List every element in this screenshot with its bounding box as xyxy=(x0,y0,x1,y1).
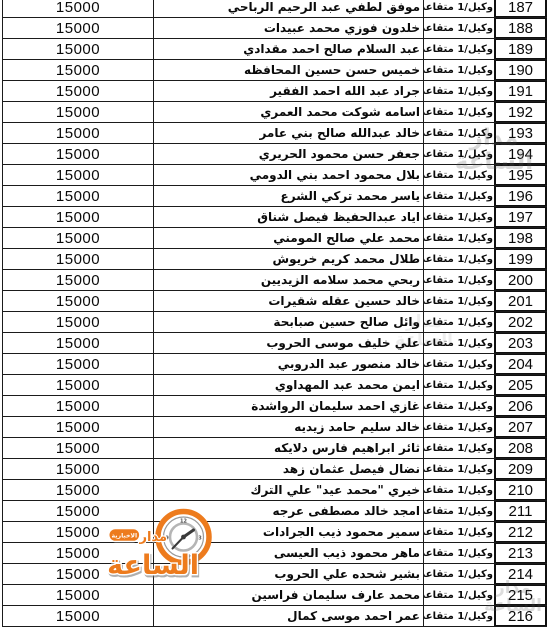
rank-cell: وكيل/1 متقاعد xyxy=(423,375,494,395)
table-row: 15000 ايمن محمد عبد المهداوي وكيل/1 متقا… xyxy=(2,375,547,396)
name-cell: امجد خالد مصطفى عرجه xyxy=(153,501,423,521)
row-number-cell: 213 xyxy=(494,543,547,563)
amount-cell: 15000 xyxy=(2,123,153,143)
name-cell: محمد عارف سليمان فراسين xyxy=(153,585,423,605)
name-cell: عمر احمد موسى كمال xyxy=(153,606,423,626)
row-number-cell: 199 xyxy=(494,249,547,269)
rank-cell: وكيل/1 متقاعد xyxy=(423,459,494,479)
amount-cell: 15000 xyxy=(2,459,153,479)
table-row: 15000 جعفر حسن محمود الحريري وكيل/1 متقا… xyxy=(2,144,547,165)
row-number-cell: 196 xyxy=(494,186,547,206)
name-cell: خالد سليم حامد زيديه xyxy=(153,417,423,437)
table-row: 15000 خالد سليم حامد زيديه وكيل/1 متقاعد… xyxy=(2,417,547,438)
row-number-cell: 191 xyxy=(494,81,547,101)
name-cell: جعفر حسن محمود الحريري xyxy=(153,144,423,164)
rank-cell: وكيل/1 متقاعد xyxy=(423,18,494,38)
amount-cell: 15000 xyxy=(2,165,153,185)
rank-cell: وكيل/1 متقاعد xyxy=(423,417,494,437)
table-row: 15000 محمد علي صالح المومني وكيل/1 متقاع… xyxy=(2,228,547,249)
amount-cell: 15000 xyxy=(2,102,153,122)
table-row: 15000 عبد السلام صالح احمد مقدادي وكيل/1… xyxy=(2,39,547,60)
rank-cell: وكيل/1 متقاعد xyxy=(423,480,494,500)
name-cell: موفق لطفي عبد الرحيم الرباحي xyxy=(153,0,423,17)
row-number-cell: 194 xyxy=(494,144,547,164)
table-row: 15000 غازي احمد سليمان الرواشدة وكيل/1 م… xyxy=(2,396,547,417)
rank-cell: وكيل/1 متقاعد xyxy=(423,438,494,458)
name-cell: بشير شحده علي الحروب xyxy=(153,564,423,584)
name-cell: ربحي محمد سلامه الزيديين xyxy=(153,270,423,290)
name-cell: خالد عبدالله صالح بني عامر xyxy=(153,123,423,143)
rank-cell: وكيل/1 متقاعد xyxy=(423,543,494,563)
amount-cell: 15000 xyxy=(2,144,153,164)
rank-cell: وكيل/1 متقاعد xyxy=(423,165,494,185)
amount-cell: 15000 xyxy=(2,312,153,332)
name-cell: ياسر محمد تركي الشرع xyxy=(153,186,423,206)
row-number-cell: 205 xyxy=(494,375,547,395)
row-number-cell: 206 xyxy=(494,396,547,416)
row-number-cell: 211 xyxy=(494,501,547,521)
name-cell: ايمن محمد عبد المهداوي xyxy=(153,375,423,395)
name-cell: خالد حسين عقله شقيرات xyxy=(153,291,423,311)
name-cell: علي خليف موسى الحروب xyxy=(153,333,423,353)
name-cell: سمير محمود ذيب الجرادات xyxy=(153,522,423,542)
rank-cell: وكيل/1 متقاعد xyxy=(423,144,494,164)
amount-cell: 15000 xyxy=(2,207,153,227)
row-number-cell: 201 xyxy=(494,291,547,311)
row-number-cell: 188 xyxy=(494,18,547,38)
name-cell: محمد علي صالح المومني xyxy=(153,228,423,248)
name-cell: ماهر محمود ذيب العيسى xyxy=(153,543,423,563)
name-cell: عبد السلام صالح احمد مقدادي xyxy=(153,39,423,59)
name-cell: بلال محمود احمد بني الدومي xyxy=(153,165,423,185)
row-number-cell: 198 xyxy=(494,228,547,248)
rank-cell: وكيل/1 متقاعد xyxy=(423,333,494,353)
row-number-cell: 209 xyxy=(494,459,547,479)
amount-cell: 15000 xyxy=(2,228,153,248)
row-number-cell: 204 xyxy=(494,354,547,374)
row-number-cell: 208 xyxy=(494,438,547,458)
table-row: 15000 ياسر محمد تركي الشرع وكيل/1 متقاعد… xyxy=(2,186,547,207)
rank-cell: وكيل/1 متقاعد xyxy=(423,60,494,80)
row-number-cell: 214 xyxy=(494,564,547,584)
amount-cell: 15000 xyxy=(2,333,153,353)
table-row: 15000 عمر احمد موسى كمال وكيل/1 متقاعد 2… xyxy=(2,606,547,627)
rank-cell: وكيل/1 متقاعد xyxy=(423,564,494,584)
row-number-cell: 212 xyxy=(494,522,547,542)
name-cell: ثائر ابراهيم فارس دلايكه xyxy=(153,438,423,458)
table-row: 15000 امجد خالد مصطفى عرجه وكيل/1 متقاعد… xyxy=(2,501,547,522)
amount-cell: 15000 xyxy=(2,270,153,290)
table-row: 15000 خالد حسين عقله شقيرات وكيل/1 متقاع… xyxy=(2,291,547,312)
amount-cell: 15000 xyxy=(2,60,153,80)
amount-cell: 15000 xyxy=(2,543,153,563)
rank-cell: وكيل/1 متقاعد xyxy=(423,312,494,332)
table-row: 15000 اياد عبدالحفيظ فيصل شناق وكيل/1 مت… xyxy=(2,207,547,228)
name-cell: نضال فيصل عثمان زهد xyxy=(153,459,423,479)
table-row: 15000 خلدون فوزي محمد عبيدات وكيل/1 متقا… xyxy=(2,18,547,39)
name-cell: طلال محمد كريم خريوش xyxy=(153,249,423,269)
table-row: 15000 خالد عبدالله صالح بني عامر وكيل/1 … xyxy=(2,123,547,144)
rank-cell: وكيل/1 متقاعد xyxy=(423,354,494,374)
amount-cell: 15000 xyxy=(2,417,153,437)
name-cell: غازي احمد سليمان الرواشدة xyxy=(153,396,423,416)
name-cell: خالد منصور عبد الدروبي xyxy=(153,354,423,374)
name-cell: خلدون فوزي محمد عبيدات xyxy=(153,18,423,38)
amount-cell: 15000 xyxy=(2,564,153,584)
row-number-cell: 197 xyxy=(494,207,547,227)
amount-cell: 15000 xyxy=(2,186,153,206)
amount-cell: 15000 xyxy=(2,18,153,38)
table-row: 15000 جراد عبد الله احمد الفقير وكيل/1 م… xyxy=(2,81,547,102)
row-number-cell: 203 xyxy=(494,333,547,353)
row-number-cell: 195 xyxy=(494,165,547,185)
table-row: 15000 ثائر ابراهيم فارس دلايكه وكيل/1 مت… xyxy=(2,438,547,459)
rank-cell: وكيل/1 متقاعد xyxy=(423,81,494,101)
amount-cell: 15000 xyxy=(2,438,153,458)
name-cell: جراد عبد الله احمد الفقير xyxy=(153,81,423,101)
rank-cell: وكيل/1 متقاعد xyxy=(423,39,494,59)
amount-cell: 15000 xyxy=(2,396,153,416)
rank-cell: وكيل/1 متقاعد xyxy=(423,186,494,206)
name-cell: اسامه شوكت محمد العمري xyxy=(153,102,423,122)
amount-cell: 15000 xyxy=(2,480,153,500)
amount-cell: 15000 xyxy=(2,39,153,59)
table-row: 15000 اسامه شوكت محمد العمري وكيل/1 متقا… xyxy=(2,102,547,123)
table-row: 15000 محمد عارف سليمان فراسين وكيل/1 متق… xyxy=(2,585,547,606)
rank-cell: وكيل/1 متقاعد xyxy=(423,396,494,416)
table-row: 15000 سمير محمود ذيب الجرادات وكيل/1 متق… xyxy=(2,522,547,543)
table-row: 15000 خيري "محمد عيد" علي الترك وكيل/1 م… xyxy=(2,480,547,501)
rank-cell: وكيل/1 متقاعد xyxy=(423,249,494,269)
name-cell: وائل صالح حسين صبابحة xyxy=(153,312,423,332)
name-cell: خميس حسن حسين المحافظه xyxy=(153,60,423,80)
row-number-cell: 193 xyxy=(494,123,547,143)
rank-cell: وكيل/1 متقاعد xyxy=(423,291,494,311)
table-row: 15000 موفق لطفي عبد الرحيم الرباحي وكيل/… xyxy=(2,0,547,18)
rank-cell: وكيل/1 متقاعد xyxy=(423,0,494,17)
rank-cell: وكيل/1 متقاعد xyxy=(423,270,494,290)
row-number-cell: 189 xyxy=(494,39,547,59)
amount-cell: 15000 xyxy=(2,585,153,605)
pension-table: 15000 موفق لطفي عبد الرحيم الرباحي وكيل/… xyxy=(2,0,547,627)
name-cell: خيري "محمد عيد" علي الترك xyxy=(153,480,423,500)
rank-cell: وكيل/1 متقاعد xyxy=(423,522,494,542)
row-number-cell: 200 xyxy=(494,270,547,290)
amount-cell: 15000 xyxy=(2,81,153,101)
row-number-cell: 192 xyxy=(494,102,547,122)
amount-cell: 15000 xyxy=(2,501,153,521)
amount-cell: 15000 xyxy=(2,606,153,626)
table-row: 15000 طلال محمد كريم خريوش وكيل/1 متقاعد… xyxy=(2,249,547,270)
rank-cell: وكيل/1 متقاعد xyxy=(423,501,494,521)
amount-cell: 15000 xyxy=(2,375,153,395)
table-row: 15000 نضال فيصل عثمان زهد وكيل/1 متقاعد … xyxy=(2,459,547,480)
amount-cell: 15000 xyxy=(2,522,153,542)
row-number-cell: 216 xyxy=(494,606,547,626)
name-cell: اياد عبدالحفيظ فيصل شناق xyxy=(153,207,423,227)
row-number-cell: 215 xyxy=(494,585,547,605)
table-row: 15000 خالد منصور عبد الدروبي وكيل/1 متقا… xyxy=(2,354,547,375)
row-number-cell: 207 xyxy=(494,417,547,437)
table-row: 15000 خميس حسن حسين المحافظه وكيل/1 متقا… xyxy=(2,60,547,81)
table-row: 15000 وائل صالح حسين صبابحة وكيل/1 متقاع… xyxy=(2,312,547,333)
table-row: 15000 ماهر محمود ذيب العيسى وكيل/1 متقاع… xyxy=(2,543,547,564)
row-number-cell: 187 xyxy=(494,0,547,17)
row-number-cell: 190 xyxy=(494,60,547,80)
row-number-cell: 210 xyxy=(494,480,547,500)
rank-cell: وكيل/1 متقاعد xyxy=(423,585,494,605)
rank-cell: وكيل/1 متقاعد xyxy=(423,207,494,227)
rank-cell: وكيل/1 متقاعد xyxy=(423,102,494,122)
table-row: 15000 ربحي محمد سلامه الزيديين وكيل/1 مت… xyxy=(2,270,547,291)
rank-cell: وكيل/1 متقاعد xyxy=(423,606,494,626)
table-row: 15000 بشير شحده علي الحروب وكيل/1 متقاعد… xyxy=(2,564,547,585)
amount-cell: 15000 xyxy=(2,249,153,269)
amount-cell: 15000 xyxy=(2,354,153,374)
row-number-cell: 202 xyxy=(494,312,547,332)
amount-cell: 15000 xyxy=(2,291,153,311)
rank-cell: وكيل/1 متقاعد xyxy=(423,228,494,248)
amount-cell: 15000 xyxy=(2,0,153,17)
rank-cell: وكيل/1 متقاعد xyxy=(423,123,494,143)
table-row: 15000 علي خليف موسى الحروب وكيل/1 متقاعد… xyxy=(2,333,547,354)
table-row: 15000 بلال محمود احمد بني الدومي وكيل/1 … xyxy=(2,165,547,186)
